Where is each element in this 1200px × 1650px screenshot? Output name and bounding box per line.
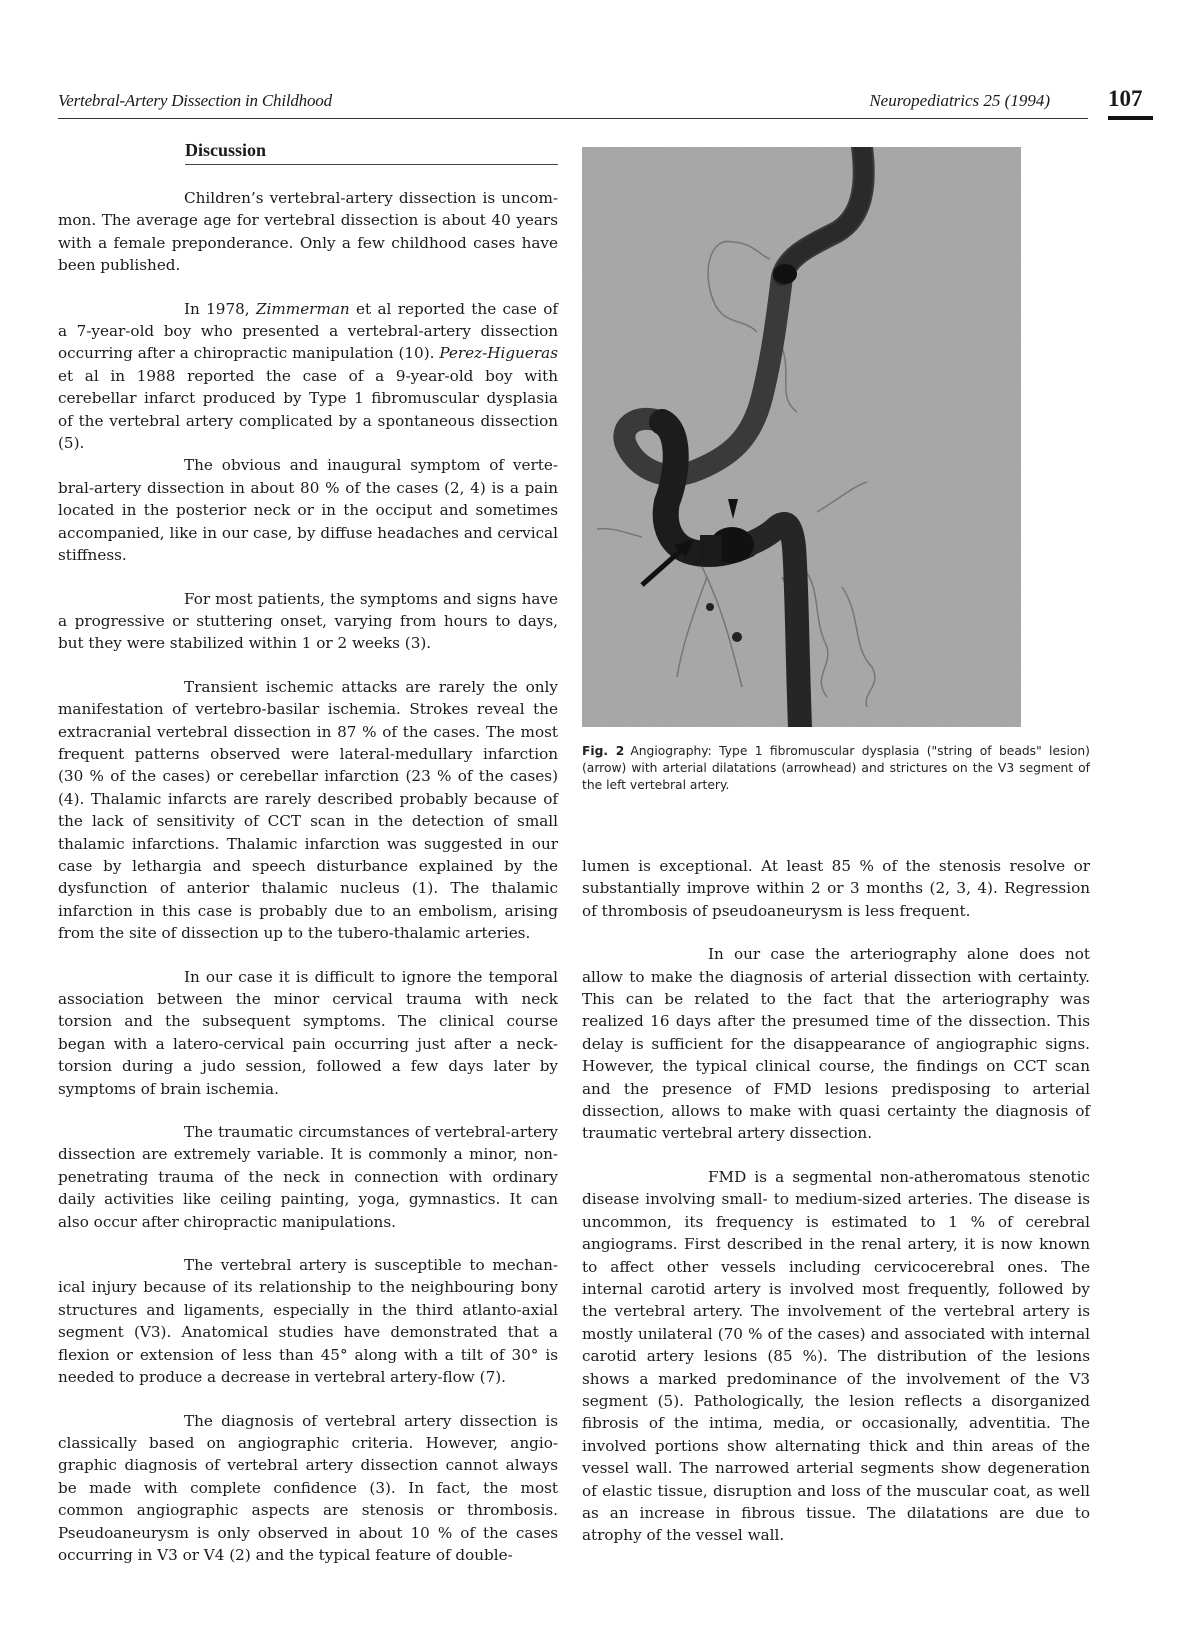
angiography-figure — [582, 147, 1021, 727]
paragraph: lumen is exceptional. At least 85 % of t… — [582, 855, 1090, 922]
paragraph: The traumatic circumstances of vertebral… — [58, 1121, 558, 1233]
journal-citation: Neuropediatrics 25 (1994) — [869, 91, 1050, 111]
paragraph: In 1978, Zimmerman et al reported the ca… — [58, 298, 558, 455]
caption-text: Angiography: Type 1 fibromuscular dyspla… — [582, 744, 1090, 792]
page-number: 107 — [1108, 86, 1143, 112]
right-text-column: lumen is exceptional. At least 85 % of t… — [582, 855, 1090, 1568]
paragraph: In our case the arteriography alone does… — [582, 943, 1090, 1145]
section-rule — [185, 164, 558, 165]
paragraph: The obvious and inaugural symptom of ver… — [58, 454, 558, 566]
text-run: et al in 1988 reported the case of a 9-y… — [58, 367, 558, 452]
text-run: In 1978, — [184, 300, 256, 318]
paragraph: For most patients, the symptoms and sign… — [58, 588, 558, 655]
paragraph: Transient ischemic attacks are rarely th… — [58, 676, 558, 945]
angiogram-image — [582, 147, 1021, 727]
figure-label: Fig. 2 — [582, 744, 624, 758]
paragraph: Children’s vertebral-artery dissection i… — [58, 187, 558, 277]
paragraph: FMD is a segmental non-atheromatous sten… — [582, 1166, 1090, 1547]
paragraph: In our case it is difficult to ignore th… — [58, 966, 558, 1100]
section-heading: Discussion — [185, 140, 266, 161]
author-name: Zimmerman — [256, 300, 350, 318]
paragraph: The vertebral artery is susceptible to m… — [58, 1254, 558, 1388]
running-title: Vertebral-Artery Dissection in Childhood — [58, 91, 332, 111]
paragraph: The diagnosis of vertebral artery dissec… — [58, 1410, 558, 1567]
page-number-rule — [1108, 116, 1153, 120]
author-name: Perez-Hi­gueras — [439, 344, 558, 362]
left-text-column: Children’s vertebral-artery dissection i… — [58, 187, 558, 1587]
figure-caption: Fig. 2Angiography: Type 1 fibromuscular … — [582, 743, 1090, 793]
header-rule — [58, 118, 1088, 119]
